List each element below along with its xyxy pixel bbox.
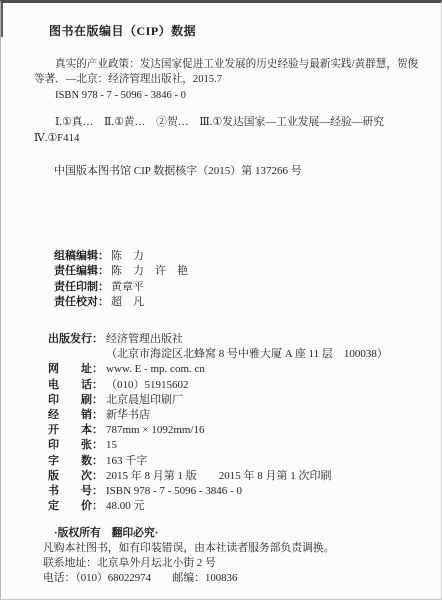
book-title-line: 真实的产业政策：发达国家促进工业发展的历史经验与最新实践/黄群慧，贺俊: [34, 57, 436, 72]
cip-record-number: 中国版本图书馆 CIP 数据核字（2015）第 137266 号: [54, 162, 302, 178]
book-copyright-page: 图书在版编目（CIP）数据 真实的产业政策：发达国家促进工业发展的历史经验与最新…: [0, 0, 442, 600]
publication-row: 印 张： 15: [48, 438, 388, 453]
editor-row: 责任印制： 黄章平: [54, 280, 188, 295]
isbn-line: ISBN 978 - 7 - 5096 - 3846 - 0: [34, 88, 436, 103]
classification-line-1: Ⅰ.①真… Ⅱ.①黄… ②贺… Ⅲ.①发达国家—工业发展—经验—研究: [34, 114, 436, 130]
editor-name: 陈 力: [111, 249, 144, 264]
editor-name: 黄章平: [111, 280, 144, 295]
publication-label: 开 本：: [48, 423, 106, 438]
publication-label: 印 刷：: [48, 393, 106, 408]
editor-row: 责任编辑： 陈 力 许 艳: [54, 264, 188, 279]
publication-row: 开 本： 787mm × 1092mm/16: [48, 423, 388, 438]
publication-row: 书 号： ISBN 978 - 7 - 5096 - 3846 - 0: [48, 484, 388, 499]
book-isbn: ISBN 978 - 7 - 5096 - 3846 - 0: [106, 484, 242, 499]
word-count: 163 千字: [106, 454, 147, 469]
publication-row: 网 址： www. E - mp. com. cn: [48, 362, 388, 377]
publication-row: 版 次： 2015 年 8 月第 1 版 2015 年 8 月第 1 次印刷: [48, 469, 388, 484]
editor-role-label: 责任校对：: [54, 295, 109, 310]
publication-row: 出版发行： 经济管理出版社: [48, 332, 388, 347]
publication-details-block: 出版发行： 经济管理出版社 （北京市海淀区北蜂窝 8 号中雅大厦 A 座 11 …: [48, 332, 388, 514]
publication-row: 印 刷： 北京晨旭印刷厂: [48, 393, 388, 408]
editor-role-label: 责任印制：: [54, 280, 109, 295]
publication-row: 电 话： （010）51915602: [48, 378, 388, 393]
publication-row: （北京市海淀区北蜂窝 8 号中雅大厦 A 座 11 层 100038）: [48, 347, 388, 362]
editor-name: 陈 力 许 艳: [111, 264, 188, 279]
distributor-name: 新华书店: [106, 408, 150, 423]
publication-label: 字 数：: [48, 454, 106, 469]
classification-line-2: Ⅳ.①F414: [34, 130, 436, 146]
editor-role-label: 责任编辑：: [54, 264, 109, 279]
book-author-publisher-line: 等著．—北京：经济管理出版社，2015.7: [34, 72, 436, 87]
copyright-notice-block: ·版权所有 翻印必究· 凡购本社图书，如有印装错误，由本社读者服务部负责调换。 …: [43, 526, 335, 586]
editor-row: 组稿编辑： 陈 力: [54, 249, 188, 264]
editor-name: 超 凡: [111, 295, 144, 310]
publication-label: [48, 347, 106, 362]
publication-label: 出版发行：: [48, 332, 106, 347]
publication-label: 定 价：: [48, 499, 106, 514]
printed-sheets: 15: [106, 438, 117, 453]
cip-header: 图书在版编目（CIP）数据: [49, 22, 196, 39]
contact-address: 联系地址：北京阜外月坛北小街 2 号: [43, 556, 335, 571]
cip-classification-block: Ⅰ.①真… Ⅱ.①黄… ②贺… Ⅲ.①发达国家—工业发展—经验—研究 Ⅳ.①F4…: [34, 114, 436, 146]
publication-label: 版 次：: [48, 469, 106, 484]
editor-role-label: 组稿编辑：: [54, 249, 109, 264]
publication-label: 网 址：: [48, 362, 106, 377]
publisher-website: www. E - mp. com. cn: [106, 362, 205, 377]
publication-row: 字 数： 163 千字: [48, 454, 388, 469]
publication-row: 经 销： 新华书店: [48, 408, 388, 423]
publication-label: 书 号：: [48, 484, 106, 499]
cip-cataloging-block: 真实的产业政策：发达国家促进工业发展的历史经验与最新实践/黄群慧，贺俊 等著．—…: [34, 57, 436, 103]
publisher-address: （北京市海淀区北蜂窝 8 号中雅大厦 A 座 11 层 100038）: [106, 347, 388, 362]
book-format: 787mm × 1092mm/16: [106, 423, 204, 438]
contact-phone-postcode: 电话：（010）68022974 邮编：100836: [43, 571, 335, 586]
publication-label: 印 张：: [48, 438, 106, 453]
book-price: 48.00 元: [106, 499, 145, 514]
printer-name: 北京晨旭印刷厂: [106, 393, 183, 408]
publication-label: 电 话：: [48, 378, 106, 393]
editor-row: 责任校对： 超 凡: [54, 295, 188, 310]
publication-row: 定 价： 48.00 元: [48, 499, 388, 514]
copyright-notice: ·版权所有 翻印必究·: [43, 526, 335, 541]
editors-block: 组稿编辑： 陈 力 责任编辑： 陈 力 许 艳 责任印制： 黄章平 责任校对： …: [54, 249, 188, 310]
edition-info: 2015 年 8 月第 1 版 2015 年 8 月第 1 次印刷: [106, 469, 332, 484]
publication-value: 经济管理出版社: [106, 332, 183, 347]
publication-label: 经 销：: [48, 408, 106, 423]
exchange-policy: 凡购本社图书，如有印装错误，由本社读者服务部负责调换。: [43, 541, 335, 556]
publisher-phone: （010）51915602: [106, 378, 189, 393]
